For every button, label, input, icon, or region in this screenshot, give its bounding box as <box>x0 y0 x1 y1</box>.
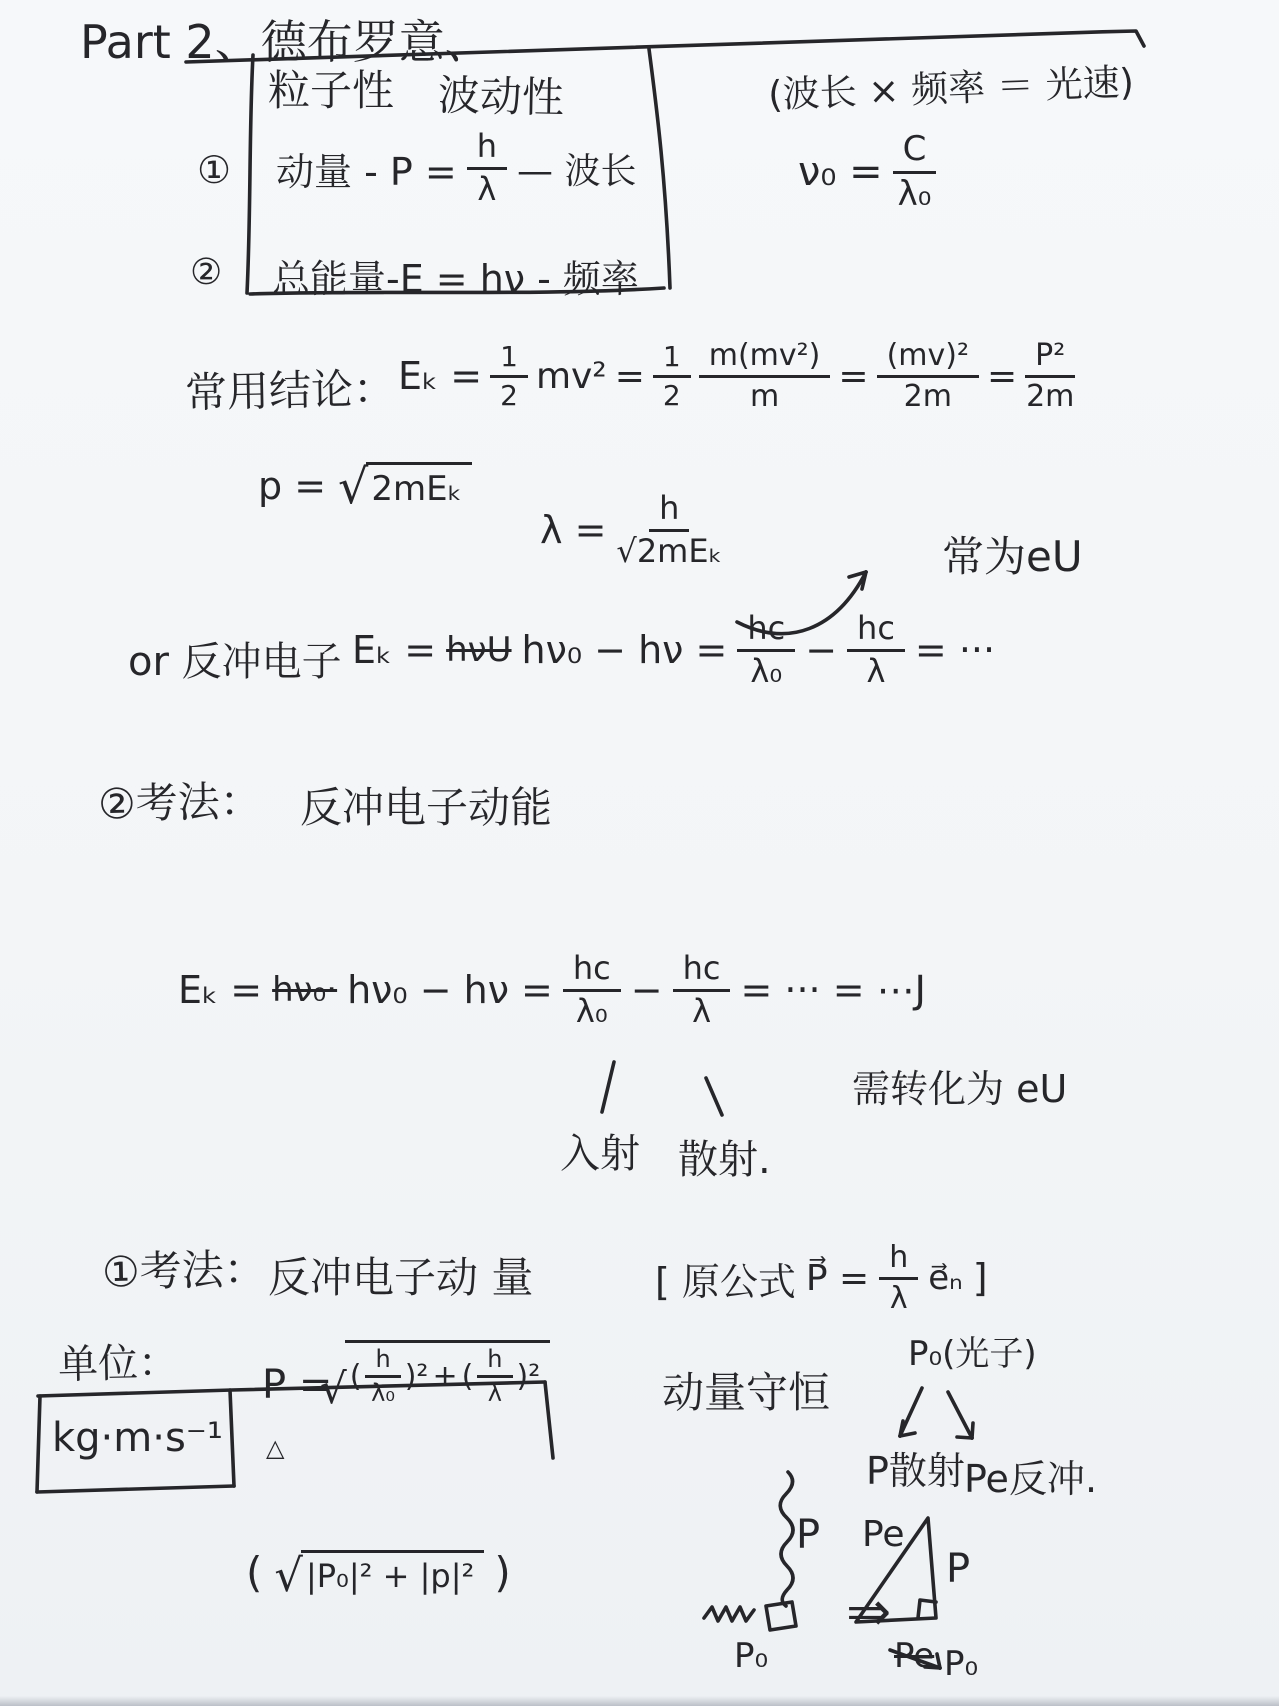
m-mv2-over-m-fraction: m(mv²) m <box>699 340 831 412</box>
duality-row2-formula: 总能量-E = hν - 频率 <box>272 248 639 303</box>
p-side-label: P <box>946 1546 970 1592</box>
momentum-conservation-label: 动量守恒 <box>662 1360 830 1420</box>
incident-label: 入射 <box>560 1122 640 1179</box>
h-over-sqrt2mEk-fraction: h √2mEₖ <box>616 492 722 568</box>
handwritten-notes-page: Part 2、德布罗意、 粒子性 波动性 ① 动量 - P = h λ — 波长… <box>0 0 1279 1706</box>
hc-over-lambda0-fraction: hc λ₀ <box>737 612 795 688</box>
unit-value: kg·m·s⁻¹ <box>52 1415 223 1461</box>
recoil-energy-formula: Eₖ = hνU hν₀ − hν = hc λ₀ − hc λ = ··· <box>352 612 995 688</box>
h-over-lambda-fraction: h λ <box>467 130 507 206</box>
paren-open: ( <box>462 1359 474 1394</box>
equals-sign: = <box>987 356 1017 397</box>
mv-squared-over-2m-fraction: (mv)² 2m <box>877 340 979 412</box>
pe-hypotenuse-label: Pe <box>862 1514 905 1555</box>
hnu-difference: hν₀ − hν = <box>522 628 728 672</box>
h-over-lambda-fraction: h λ <box>879 1242 918 1314</box>
often-eU-annotation: 常为eU <box>942 524 1083 584</box>
recoil-electron-label: or 反冲电子 <box>128 630 342 687</box>
crossed-out-term: hν₀· <box>272 970 337 1010</box>
unit-label: 单位： <box>57 1331 178 1391</box>
conclusion-label: 常用结论： <box>184 356 395 420</box>
radical-sign: √ <box>338 467 368 510</box>
frequency-formula: ν₀ = C λ₀ <box>798 132 936 212</box>
p-magnitude-alt: ( √ |P₀|² + |p|² ) <box>246 1548 511 1597</box>
bracket-open: [ 原公式 <box>655 1251 796 1306</box>
original-formula: [ 原公式 P⃗ = h λ e⃗ₙ ] <box>655 1242 988 1314</box>
scattered-label: 散射. <box>678 1128 771 1185</box>
paren-close-squared: )² <box>517 1359 541 1394</box>
h-over-lambda0-fraction: h λ₀ <box>365 1347 400 1406</box>
p0-base-label: P₀ <box>944 1644 978 1684</box>
ek-lhs: Eₖ = <box>398 354 482 398</box>
hnu-difference: hν₀ − hν = <box>347 968 553 1012</box>
h-over-lambda-fraction: h λ <box>477 1347 512 1406</box>
method2-number: ②考法： <box>97 768 262 831</box>
momentum-label: 动量 - P = <box>276 141 457 196</box>
photon-p-label: P <box>796 1512 820 1558</box>
wave-relation-note: (波长 × 频率 ＝ 光速) <box>767 52 1135 119</box>
p-squared-over-2m-fraction: P² 2m <box>1025 340 1075 412</box>
duality-row1-number: ① <box>197 148 231 192</box>
pe-crossed-label: Pe <box>894 1636 934 1676</box>
method2-energy-formula: Eₖ = hν₀· hν₀ − hν = hc λ₀ − hc λ = ··· … <box>178 952 926 1028</box>
ellipsis-joules-tail: = ··· = ⋯J <box>740 968 925 1012</box>
crossed-out-term: hνU <box>446 630 511 670</box>
paren-open: ( <box>246 1548 262 1597</box>
paren-close: ) <box>494 1548 510 1597</box>
duality-row1-formula: 动量 - P = h λ — 波长 <box>276 130 636 206</box>
momentum-root-formula: p = √ 2mEₖ <box>258 462 472 509</box>
method2-heading: 反冲电子动能 <box>300 775 552 835</box>
implies-arrow: ⇒ <box>846 1580 891 1643</box>
minus-sign: − <box>805 628 837 672</box>
p-lhs: p = <box>258 464 326 508</box>
duality-header-wave: 波动性 <box>437 63 564 126</box>
radical-sign: √ <box>274 1556 303 1596</box>
wavelength-annotation: — 波长 <box>517 143 636 194</box>
kinetic-energy-chain: Eₖ = 1 2 mv² = 1 2 m(mv²) m = (mv)² 2m =… <box>398 340 1075 412</box>
hc-over-lambda0-fraction: hc λ₀ <box>563 952 621 1028</box>
nu0-lhs: ν₀ = <box>798 149 883 195</box>
method1-heading: 反冲电子动 量 <box>268 1245 533 1305</box>
p-vector-lhs: P⃗ = <box>806 1258 869 1299</box>
c-over-lambda0-fraction: C λ₀ <box>893 132 937 212</box>
bracket-close: ] <box>973 1256 988 1300</box>
recoil-momentum-label: Pe反冲. <box>964 1448 1097 1503</box>
sqrt-2mEk: √ 2mEₖ <box>336 462 472 509</box>
hc-over-lambda-fraction: hc λ <box>673 952 731 1028</box>
plus-sign: + <box>432 1359 457 1394</box>
convert-to-eU-note: 需转化为 eU <box>852 1058 1067 1113</box>
minus-sign: − <box>631 968 663 1012</box>
equals-sign: = <box>615 356 645 397</box>
root-content: ( h λ₀ )² + ( h λ )² <box>345 1340 550 1406</box>
ek-lhs: Eₖ = <box>178 968 262 1012</box>
hc-over-lambda-fraction: hc λ <box>847 612 905 688</box>
paren-close-squared: )² <box>405 1359 429 1394</box>
lambda-lhs: λ = <box>540 508 606 552</box>
mv-squared: mv² <box>536 356 607 397</box>
de-broglie-wavelength-formula: λ = h √2mEₖ <box>540 492 722 568</box>
photon-p0-label: P₀ <box>734 1636 768 1676</box>
p-magnitude-root: √ ( h λ₀ )² + ( h λ )² <box>318 1340 550 1406</box>
ek-lhs: Eₖ = <box>352 628 436 672</box>
ellipsis-tail: = ··· <box>915 628 995 672</box>
method1-number: ①考法： <box>101 1236 266 1299</box>
unit-vector: e⃗ₙ <box>928 1258 962 1298</box>
equals-sign: = <box>838 356 868 397</box>
radical-sign: √ <box>320 1370 347 1408</box>
duality-row2-number: ② <box>190 252 222 293</box>
photon-momentum-label: P₀(光子) <box>908 1326 1037 1375</box>
sqrt-p0-p: √ |P₀|² + |p|² <box>272 1550 484 1595</box>
triangle-mark: △ <box>266 1434 284 1462</box>
scatter-momentum-label: P散射 <box>866 1440 965 1495</box>
one-half-fraction: 1 2 <box>653 342 691 410</box>
one-half-fraction: 1 2 <box>490 342 528 410</box>
paren-open: ( <box>350 1359 362 1394</box>
duality-header-particle: 粒子性 <box>268 58 394 118</box>
